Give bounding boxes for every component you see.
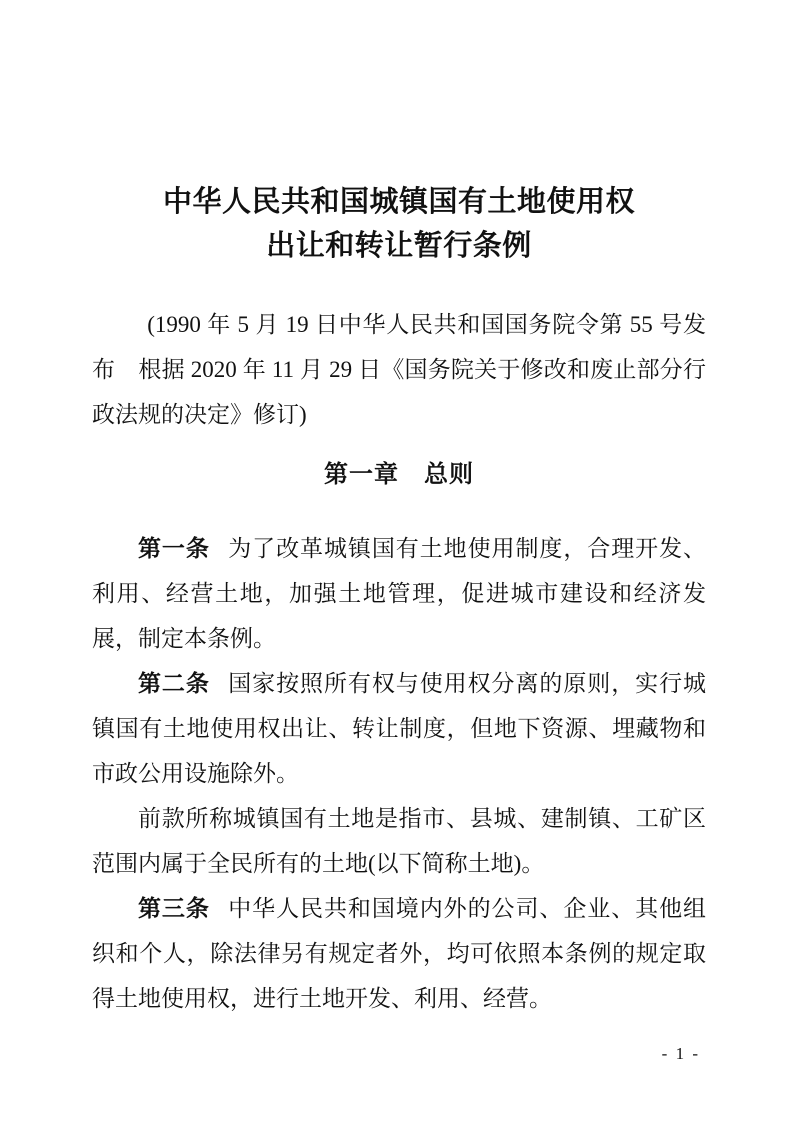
promulgation-note: (1990 年 5 月 19 日中华人民共和国国务院令第 55 号发布 根据 2… [92,302,706,437]
document-page: 中华人民共和国城镇国有土地使用权 出让和转让暂行条例 (1990 年 5 月 1… [0,0,793,1122]
articles-block: 第一条为了改革城镇国有土地使用制度，合理开发、利用、经营土地，加强土地管理，促进… [92,526,706,1021]
article-1-paragraph: 第一条为了改革城镇国有土地使用制度，合理开发、利用、经营土地，加强土地管理，促进… [92,526,706,661]
article-2-label: 第二条 [138,670,210,696]
document-title-line-1: 中华人民共和国城镇国有土地使用权 [92,180,706,224]
page-number: - 1 - [662,1044,700,1064]
article-3-paragraph: 第三条中华人民共和国境内外的公司、企业、其他组织和个人，除法律另有规定者外，均可… [92,886,706,1021]
article-2-continuation-text: 前款所称城镇国有土地是指市、县城、建制镇、工矿区范围内属于全民所有的土地(以下简… [92,806,706,876]
article-3-label: 第三条 [138,895,210,921]
document-title: 中华人民共和国城镇国有土地使用权 出让和转让暂行条例 [92,180,706,268]
article-2-continuation-paragraph: 前款所称城镇国有土地是指市、县城、建制镇、工矿区范围内属于全民所有的土地(以下简… [92,796,706,886]
document-content: 中华人民共和国城镇国有土地使用权 出让和转让暂行条例 (1990 年 5 月 1… [92,0,706,1021]
article-1-label: 第一条 [138,535,210,561]
chapter-heading: 第一章 总则 [92,452,706,497]
document-title-line-2: 出让和转让暂行条例 [92,224,706,268]
article-2-paragraph: 第二条国家按照所有权与使用权分离的原则，实行城镇国有土地使用权出让、转让制度，但… [92,661,706,796]
